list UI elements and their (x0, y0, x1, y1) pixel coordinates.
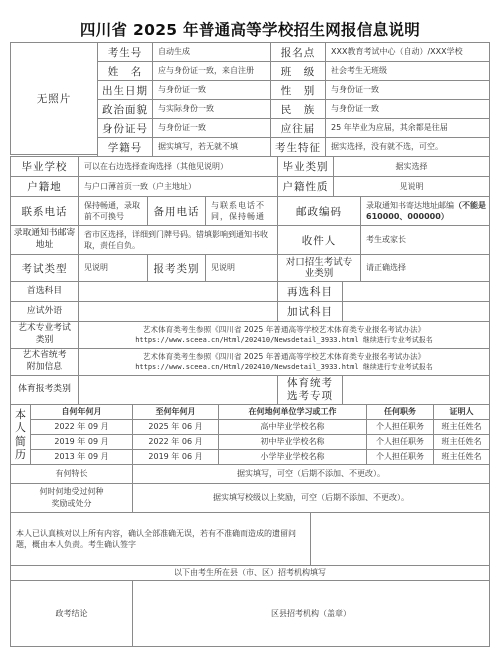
class-value[interactable]: 社会考生无班级 (325, 61, 490, 81)
art-extra-note: 艺术体育类考生参照《四川省 2025 年普通高等学校艺术体育类专业报名考试办法》 (143, 351, 425, 362)
signature-field[interactable] (310, 512, 490, 566)
recipient-label: 收件人 (277, 225, 361, 255)
resume-row-2-witness[interactable]: 班主任姓名 (433, 434, 490, 450)
address-label: 录取通知书邮寄地址 (10, 225, 79, 255)
exam-no-value[interactable]: 自动生成 (152, 42, 271, 62)
resume-row-3-position[interactable]: 个人担任职务 (366, 449, 434, 465)
phone-label: 联系电话 (10, 196, 79, 226)
reg-point-label: 报名点 (270, 42, 326, 62)
art-category-link[interactable]: https://www.sceea.cn/Html/202410/Newsdet… (135, 335, 433, 345)
language-value[interactable] (78, 301, 278, 322)
art-category-value[interactable]: 艺术体育类考生参照《四川省 2025 年普通高等学校艺术体育类专业报名考试办法》… (78, 321, 490, 349)
birth-label: 出生日期 (97, 80, 153, 100)
postcode-label: 邮政编码 (277, 196, 361, 226)
language-label: 应试外语 (10, 301, 79, 322)
art-category-note: 艺术体育类考生参照《四川省 2025 年普通高等学校艺术体育类专业报名考试办法》 (143, 324, 425, 335)
art-extra-value[interactable]: 艺术体育类考生参照《四川省 2025 年普通高等学校艺术体育类专业报名考试办法》… (78, 348, 490, 376)
hukou-label: 户籍地 (10, 176, 79, 197)
first-subject-value[interactable] (78, 281, 278, 302)
class-label: 班 级 (270, 61, 326, 81)
name-label: 姓 名 (97, 61, 153, 81)
phone-value[interactable]: 保持畅通，录取前不可换号 (78, 196, 148, 226)
phone2-label: 备用电话 (147, 196, 206, 226)
phone2-value[interactable]: 与联系电话不同，保持畅通 (205, 196, 278, 226)
resume-side-char: 本 (15, 408, 26, 421)
resume-side-char: 人 (15, 421, 26, 434)
id-no-value[interactable]: 与身份证一致 (152, 118, 271, 138)
politics-value[interactable]: 与实际身份一致 (152, 99, 271, 119)
photo-placeholder: 无照片 (37, 91, 72, 106)
vocational-value[interactable]: 请正确选择 (360, 254, 490, 282)
postcode-hint: 录取通知书寄达地址邮编 (366, 201, 454, 210)
art-extra-label: 艺术省统考附加信息 (10, 348, 79, 376)
resume-side-label: 本 人 简 历 (10, 404, 31, 465)
student-no-value[interactable]: 据实填写，若无就不填 (152, 137, 271, 157)
photo-area[interactable]: 无照片 (10, 42, 98, 155)
hukou-type-value[interactable]: 见说明 (333, 176, 490, 197)
resume-row-3-place[interactable]: 小学毕业学校名称 (218, 449, 367, 465)
resume-row-1-from[interactable]: 2022 年 09 月 (30, 419, 133, 435)
resume-header-place: 在何地何单位学习或工作 (218, 404, 367, 420)
grad-status-value[interactable]: 25 年毕业为应届，其余都是往届 (325, 118, 490, 138)
id-no-label: 身份证号 (97, 118, 153, 138)
resume-row-3-to[interactable]: 2019 年 06 月 (132, 449, 219, 465)
grad-type-label: 毕业类别 (277, 156, 334, 177)
second-subject-label: 再选科目 (277, 281, 343, 302)
sport-item-value[interactable] (342, 375, 490, 405)
politics-label: 政治面貌 (97, 99, 153, 119)
resume-side-char: 历 (15, 448, 26, 461)
resume-row-2-place[interactable]: 初中毕业学校名称 (218, 434, 367, 450)
sport-category-value[interactable] (78, 375, 278, 405)
resume-row-3-from[interactable]: 2013 年 09 月 (30, 449, 133, 465)
resume-header-witness: 证明人 (433, 404, 490, 420)
name-value[interactable]: 应与身份证一致，来自注册 (152, 61, 271, 81)
declaration-text: 本人已认真核对以上所有内容，确认全部准确无误，若有不准确而造成的遗留问题，概由本… (10, 512, 311, 566)
resume-header-position: 任何职务 (366, 404, 434, 420)
resume-row-3-witness[interactable]: 班主任姓名 (433, 449, 490, 465)
school-label: 毕业学校 (10, 156, 79, 177)
art-extra-link[interactable]: https://www.sceea.cn/Html/202410/Newsdet… (135, 362, 433, 372)
sport-item-label: 体育统考选考专项 (277, 375, 343, 405)
grad-type-value[interactable]: 据实选择 (333, 156, 490, 177)
reg-point-value[interactable]: XXX教育考试中心（自动）/XXX学校 (325, 42, 490, 62)
resume-row-1-to[interactable]: 2025 年 06 月 (132, 419, 219, 435)
office-stamp-area[interactable]: 区县招考机构（盖章） (132, 580, 490, 647)
exam-type-label: 考试类型 (10, 254, 79, 282)
awards-value[interactable]: 据实填写校级以上奖励，可空（后期不添加、不更改）。 (132, 483, 490, 513)
art-category-label: 艺术专业考试类别 (10, 321, 79, 349)
recipient-value[interactable]: 考生或家长 (360, 225, 490, 255)
extra-subject-value[interactable] (342, 301, 490, 322)
specialty-label: 有何特长 (10, 464, 133, 484)
address-value[interactable]: 省市区选择，详细到门牌号码。错填影响到通知书收取，责任自负。 (78, 225, 278, 255)
gender-label: 性 别 (270, 80, 326, 100)
first-subject-label: 首选科目 (10, 281, 79, 302)
hukou-type-label: 户籍性质 (277, 176, 334, 197)
specialty-value[interactable]: 据实填写，可空（后期不添加、不更改）。 (132, 464, 490, 484)
ethnicity-value[interactable]: 与身份证一致 (325, 99, 490, 119)
resume-row-1-witness[interactable]: 班主任姓名 (433, 419, 490, 435)
second-subject-value[interactable] (342, 281, 490, 302)
hukou-value[interactable]: 与户口薄首页一致（户主地址） (78, 176, 278, 197)
features-value[interactable]: 据实选择，没有就不选，可空。 (325, 137, 490, 157)
apply-type-label: 报考类别 (147, 254, 206, 282)
office-section-header: 以下由考生所在县（市、区）招考机构填写 (10, 565, 490, 581)
apply-type-value[interactable]: 见说明 (205, 254, 278, 282)
exam-type-value[interactable]: 见说明 (78, 254, 148, 282)
student-no-label: 学籍号 (97, 137, 153, 157)
awards-label: 何时何地受过何种奖励或处分 (10, 483, 133, 513)
resume-row-2-to[interactable]: 2022 年 06 月 (132, 434, 219, 450)
features-label: 考生特征 (270, 137, 326, 157)
resume-header-from: 自何年何月 (30, 404, 133, 420)
exam-no-label: 考生号 (97, 42, 153, 62)
resume-side-char: 简 (15, 435, 26, 448)
school-value[interactable]: 可以在右边选择查询选择（其他见说明） (78, 156, 278, 177)
postcode-value[interactable]: 录取通知书寄达地址邮编（不能是 610000、000000） (360, 196, 490, 226)
sport-category-label: 体育报考类别 (10, 375, 79, 405)
political-review-label: 政考结论 (10, 580, 133, 647)
resume-row-1-place[interactable]: 高中毕业学校名称 (218, 419, 367, 435)
resume-row-1-position[interactable]: 个人担任职务 (366, 419, 434, 435)
grad-status-label: 应往届 (270, 118, 326, 138)
resume-row-2-from[interactable]: 2019 年 09 月 (30, 434, 133, 450)
extra-subject-label: 加试科目 (277, 301, 343, 322)
ethnicity-label: 民 族 (270, 99, 326, 119)
resume-row-2-position[interactable]: 个人担任职务 (366, 434, 434, 450)
page-title: 四川省 2025 年普通高等学校招生网报信息说明 (0, 18, 500, 40)
vocational-label: 对口招生考试专业类别 (277, 254, 361, 282)
birth-value[interactable]: 与身份证一致 (152, 80, 271, 100)
gender-value[interactable]: 与身份证一致 (325, 80, 490, 100)
resume-header-to: 至何年何月 (132, 404, 219, 420)
